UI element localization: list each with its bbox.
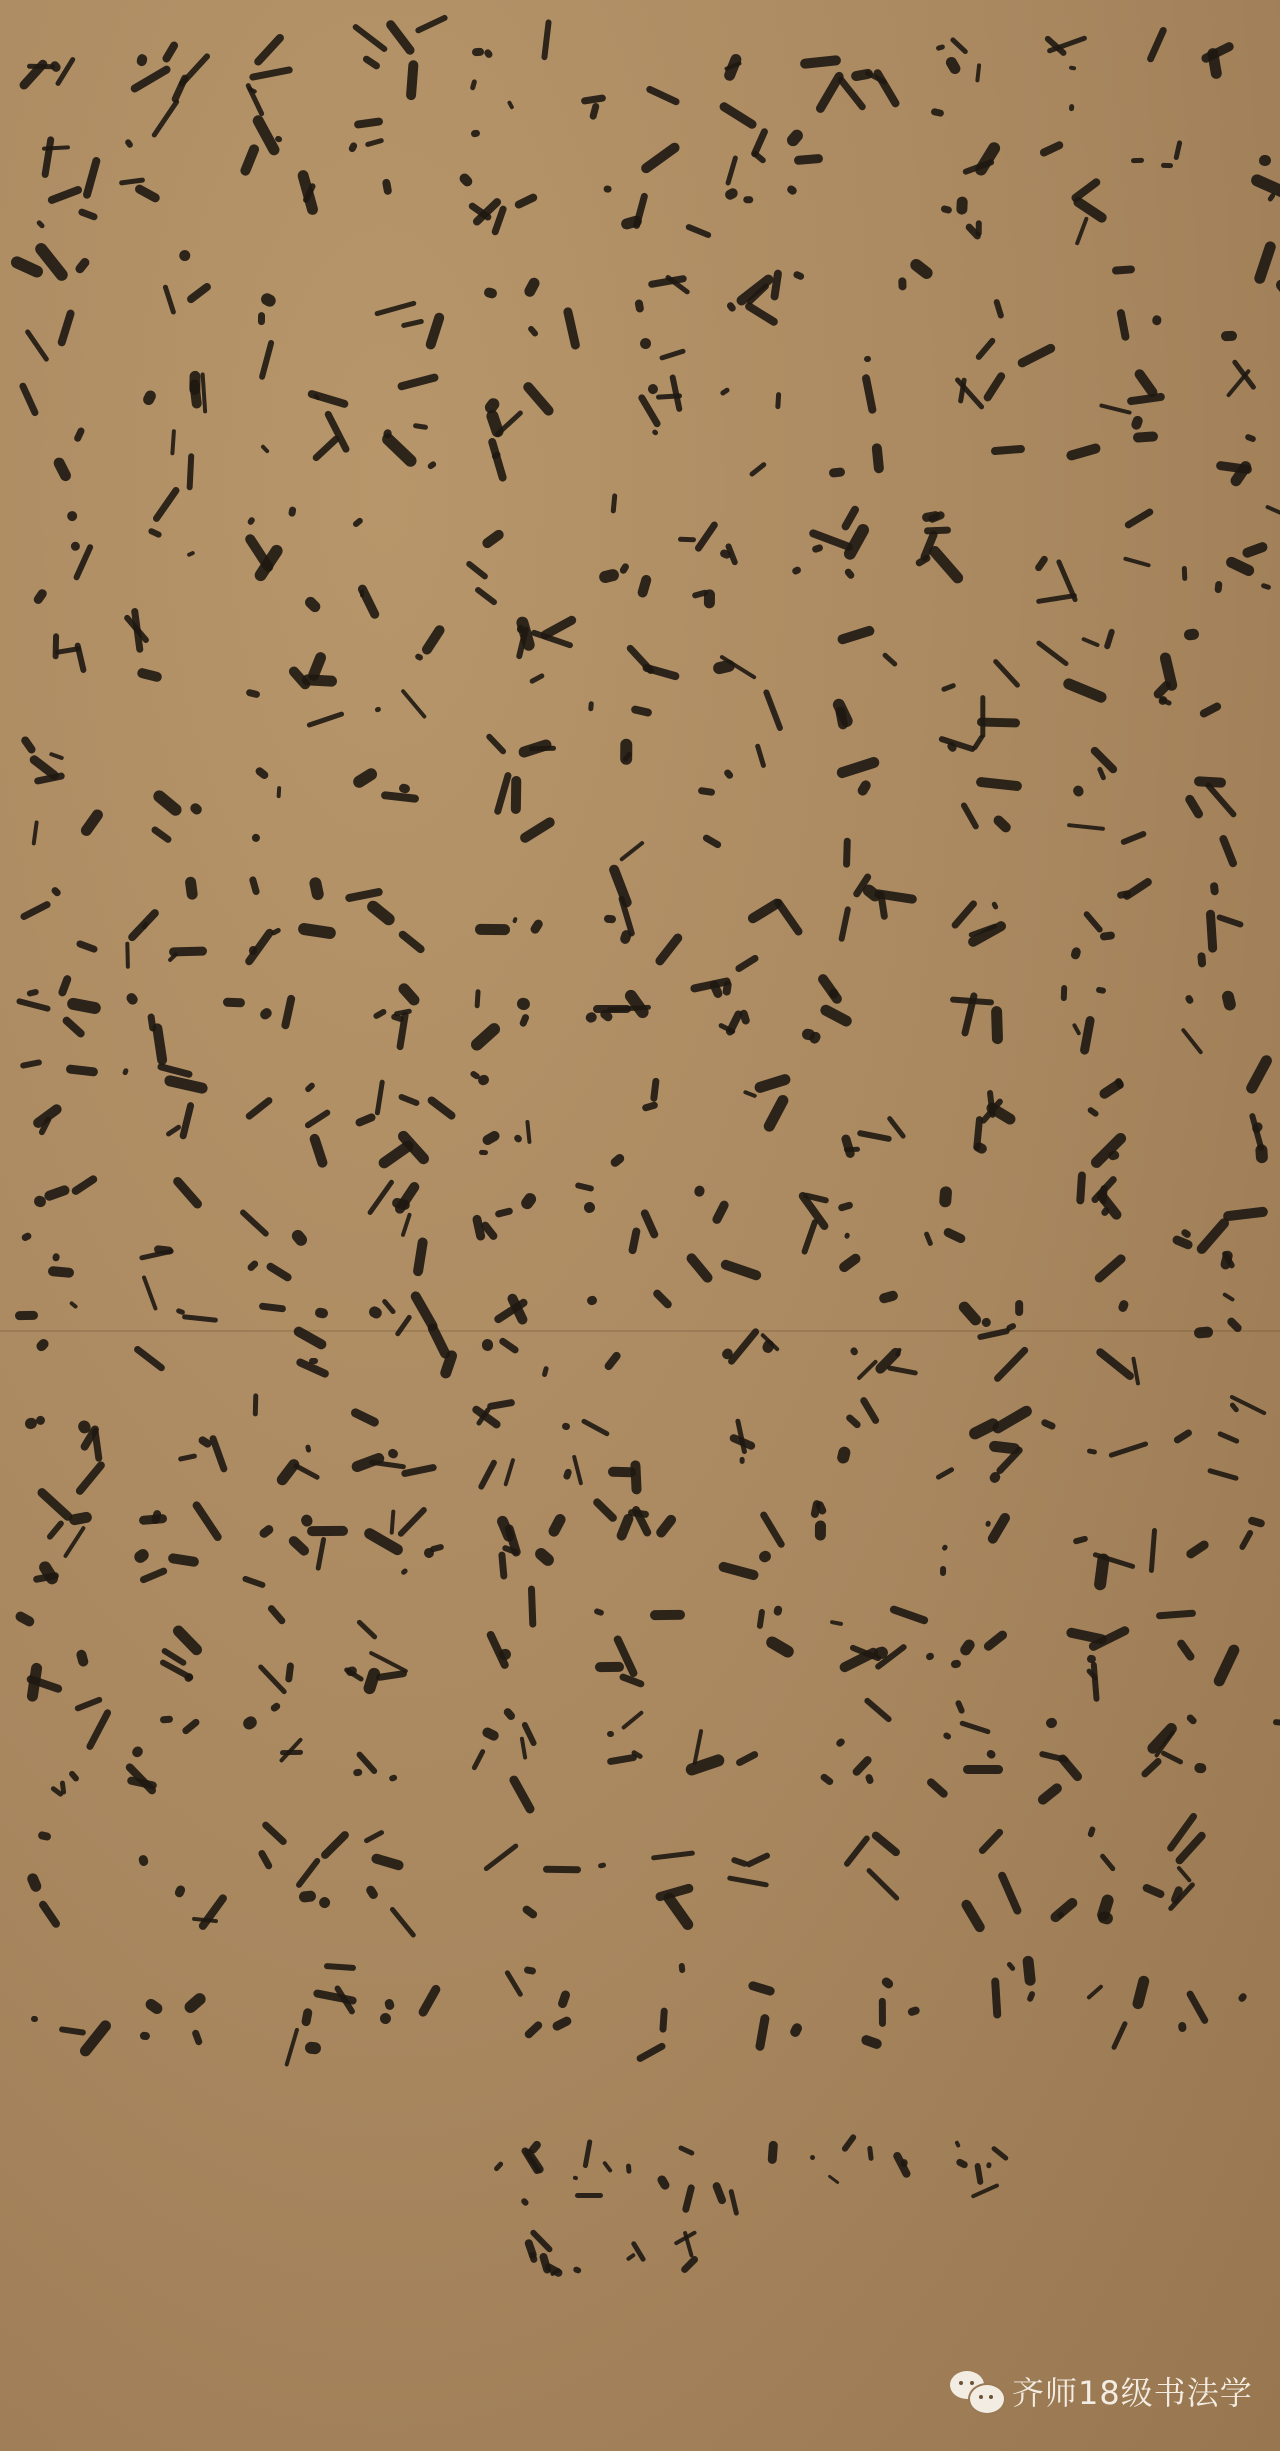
wechat-icon: [950, 2371, 1002, 2411]
signature-block: [440, 2120, 1060, 2280]
watermark-text: 齐师18级书法学: [1012, 2368, 1253, 2414]
watermark: 齐师18级书法学: [950, 2368, 1253, 2414]
calligraphy-text-block: [0, 0, 1280, 2200]
